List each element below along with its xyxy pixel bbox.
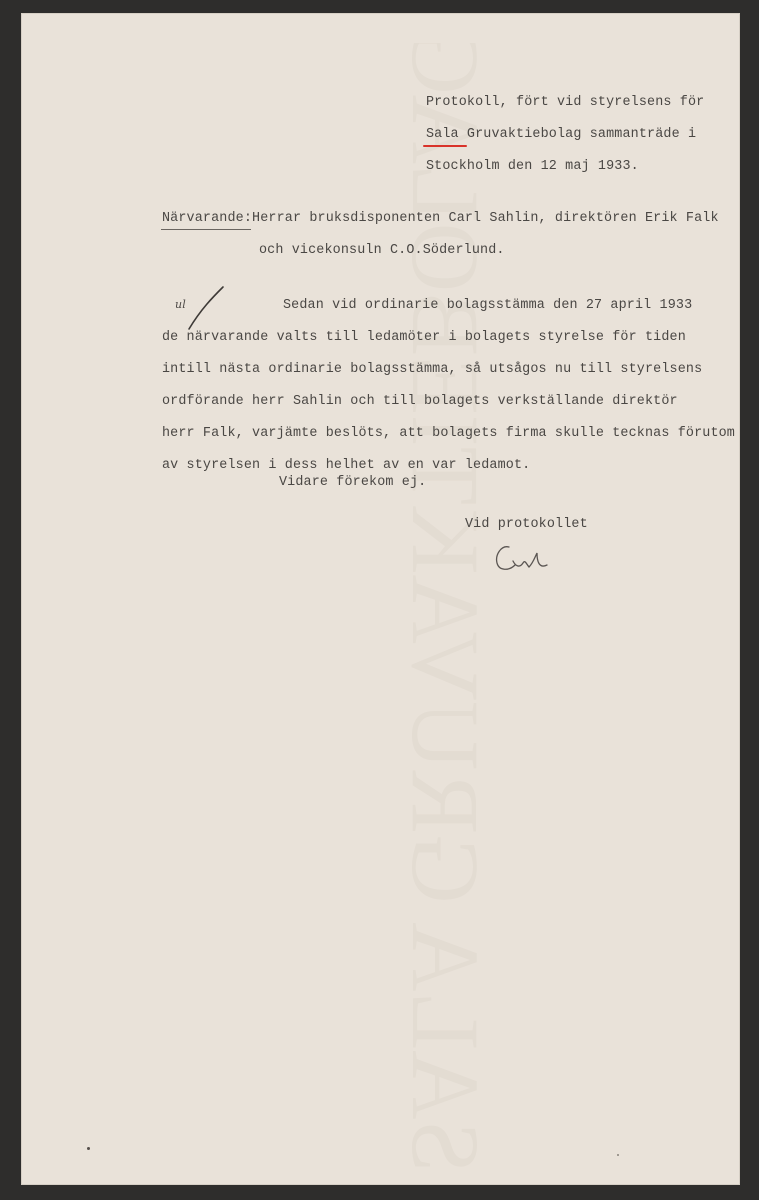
body-line-3: intill nästa ordinarie bolagsstämma, så …: [162, 362, 702, 378]
body-line-2: de närvarande valts till ledamöter i bol…: [162, 330, 686, 346]
body-line-4: ordförande herr Sahlin och till bolagets…: [162, 394, 678, 410]
document-page: SALA GRUVAKTIEBOLAG Protokoll, fört vid …: [21, 13, 740, 1185]
company-name-underlined: Sala: [426, 127, 459, 142]
body-line-5: herr Falk, varjämte beslöts, att bolaget…: [162, 426, 735, 442]
attendance-label-underline: [161, 229, 251, 230]
attendance-line-1: Närvarande:Herrar bruksdisponenten Carl …: [162, 211, 719, 227]
handwritten-check-stroke: [181, 285, 241, 335]
red-pencil-underline: [423, 145, 467, 147]
heading-line-2: Sala Gruvaktiebolag sammanträde i: [426, 127, 696, 143]
heading-line-1: Protokoll, fört vid styrelsens för: [426, 95, 704, 111]
attendance-names: Herrar bruksdisponenten Carl Sahlin, dir…: [252, 211, 719, 226]
body-line-1: Sedan vid ordinarie bolagsstämma den 27 …: [283, 298, 692, 314]
heading-line-2-rest: Gruvaktiebolag sammanträde i: [459, 127, 696, 142]
closing-line: Vidare förekom ej.: [279, 475, 426, 491]
ink-speck: [87, 1147, 90, 1150]
body-line-6: av styrelsen i dess helhet av en var led…: [162, 458, 530, 474]
handwritten-signature: [491, 541, 561, 577]
attendance-label: Närvarande:: [162, 211, 252, 226]
signature-label: Vid protokollet: [465, 517, 588, 533]
heading-line-3: Stockholm den 12 maj 1933.: [426, 159, 639, 175]
attendance-line-2: och vicekonsuln C.O.Söderlund.: [259, 243, 505, 259]
ink-speck: [617, 1154, 619, 1156]
